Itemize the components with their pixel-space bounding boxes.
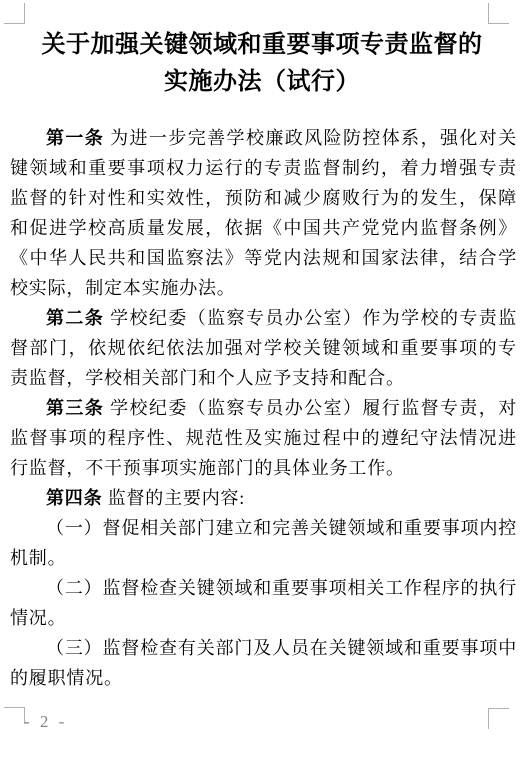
paragraph-article-1: 第一条 为进一步完善学校廉政风险防控体系，强化对关键领域和重要事项权力运行的专责… xyxy=(10,123,517,303)
document-page: { "doc": { "title_lines": [ "关于加强关键领域和重要… xyxy=(0,0,524,760)
article-4-text: 监督的主要内容: xyxy=(108,488,245,508)
page-number: - 2 - xyxy=(24,712,66,732)
article-3-number: 第三条 xyxy=(46,398,110,418)
document-title-line-1: 关于加强关键领域和重要事项专责监督的 xyxy=(0,27,524,64)
crop-mark-top-right xyxy=(488,3,509,24)
document-title: 关于加强关键领域和重要事项专责监督的 实施办法（试行） xyxy=(0,27,524,101)
crop-mark-bottom-left xyxy=(4,707,25,724)
article-1-number: 第一条 xyxy=(46,128,110,148)
paragraph-item-1: （一）督促相关部门建立和完善关键领域和重要事项内控机制。 xyxy=(10,513,517,573)
document-body: 第一条 为进一步完善学校廉政风险防控体系，强化对关键领域和重要事项权力运行的专责… xyxy=(10,123,517,693)
paragraph-article-2: 第二条 学校纪委（监察专员办公室）作为学校的专责监督部门，依规依纪依法加强对学校… xyxy=(10,303,517,393)
paragraph-article-3: 第三条 学校纪委（监察专员办公室）履行监督专责，对监督事项的程序性、规范性及实施… xyxy=(10,393,517,483)
crop-mark-bottom-right xyxy=(488,708,509,729)
item-3-text: （三）监督检查有关部门及人员在关键领域和重要事项中的履职情况。 xyxy=(10,638,517,688)
paragraph-item-2: （二）监督检查关键领域和重要事项相关工作程序的执行情况。 xyxy=(10,573,517,633)
paragraph-item-3: （三）监督检查有关部门及人员在关键领域和重要事项中的履职情况。 xyxy=(10,633,517,693)
document-title-line-2: 实施办法（试行） xyxy=(0,64,524,101)
article-4-number: 第四条 xyxy=(46,488,108,508)
article-1-text: 为进一步完善学校廉政风险防控体系，强化对关键领域和重要事项权力运行的专责监督制约… xyxy=(10,128,517,298)
article-2-number: 第二条 xyxy=(46,308,110,328)
item-1-text: （一）督促相关部门建立和完善关键领域和重要事项内控机制。 xyxy=(10,518,517,568)
paragraph-article-4: 第四条 监督的主要内容: xyxy=(10,483,517,513)
crop-mark-top-left xyxy=(4,3,25,24)
item-2-text: （二）监督检查关键领域和重要事项相关工作程序的执行情况。 xyxy=(10,578,517,628)
